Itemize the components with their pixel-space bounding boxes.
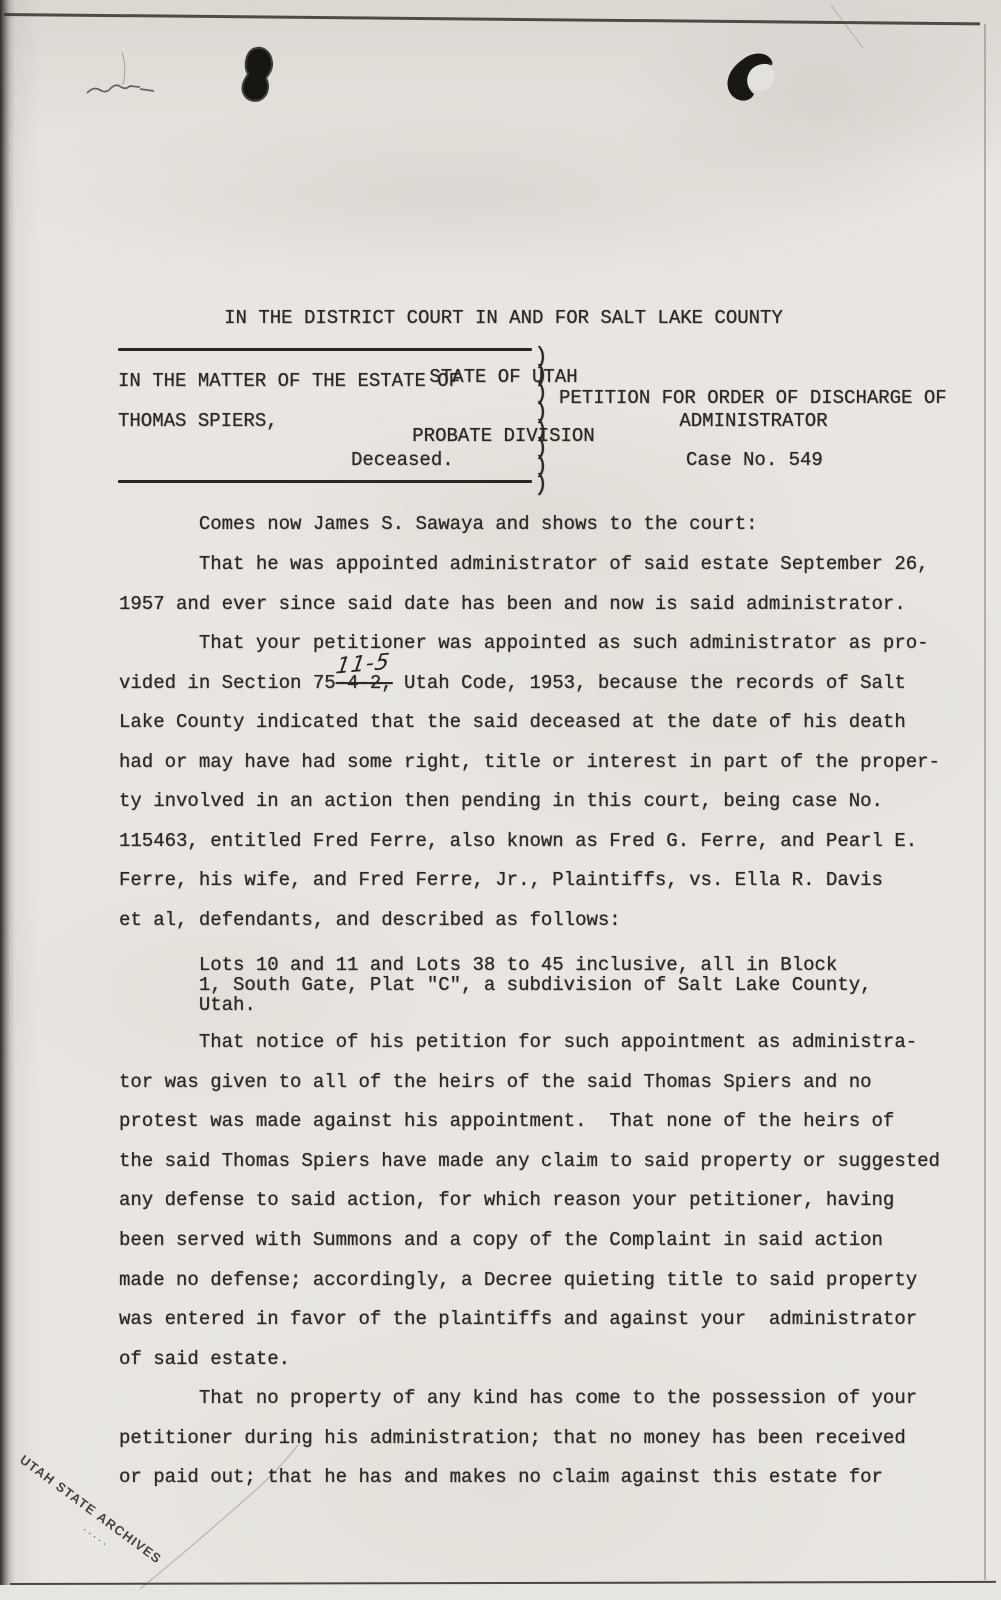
caption-deceased-label: Deceased. [351,450,454,470]
text-line: Ferre, his wife, and Fred Ferre, Jr., Pl… [119,861,940,901]
citation-suffix: Utah Code, 1953, because the records of … [393,672,906,694]
text-line: ty involved in an action then pending in… [119,782,940,822]
caption-top-rule [118,348,532,351]
page-top-edge [4,13,980,25]
text-line: That your petitioner was appointed as su… [119,624,929,664]
text-line: 115463, entitled Fred Ferre, also known … [119,822,940,862]
text-line: That no property of any kind has come to… [119,1379,917,1419]
text-line: et al, defendants, and described as foll… [119,901,940,941]
paragraph-statute-first-line: That your petitioner was appointed as su… [119,624,929,664]
text-line: That notice of his petition for such app… [119,1023,940,1063]
caption-party-line2: THOMAS SPIERS, [118,411,278,431]
property-description-block: Lots 10 and 11 and Lots 38 to 45 inclusi… [119,955,872,1015]
text-line: Lake County indicated that the said dece… [119,703,940,743]
citation-prefix: vided in Section 75 [119,672,336,694]
text-line: tor was given to all of the heirs of the… [119,1063,940,1103]
page-left-edge-shadow [0,0,15,1600]
punch-hole-left [242,48,272,101]
text-line: Comes now James S. Sawaya and shows to t… [119,505,758,545]
scanned-court-document-page: IN THE DISTRICT COURT IN AND FOR SALT LA… [0,0,1001,1600]
petition-title-line1: PETITION FOR ORDER OF DISCHARGE OF [559,388,947,408]
text-line: or paid out; that he has and makes no cl… [119,1458,917,1498]
text-line: had or may have had some right, title or… [119,743,940,783]
text-line: made no defense; accordingly, a Decree q… [119,1261,940,1301]
text-line: That he was appointed administrator of s… [119,545,929,585]
text-line: protest was made against his appointment… [119,1102,940,1142]
paragraph-appointment: That he was appointed administrator of s… [119,545,929,624]
paragraph-notice-and-decree: That notice of his petition for such app… [119,1023,940,1379]
text-line: ) [534,475,548,493]
text-line: 1957 and ever since said date has been a… [119,585,929,625]
petition-title-line2: ADMINISTRATOR [559,411,948,431]
case-number: Case No. 549 [686,450,823,470]
crease-line-top-right [831,5,863,48]
text-line: of said estate. [119,1340,940,1380]
text-line: Utah. [119,995,872,1015]
handwritten-correction: 11-5 [334,649,392,679]
caption-bottom-rule [118,480,532,483]
paragraph-no-property: That no property of any kind has come to… [119,1379,917,1498]
text-line: petitioner during his administration; th… [119,1419,917,1459]
text-line: any defense to said action, for which re… [119,1181,940,1221]
paragraph-statute-rest: Lake County indicated that the said dece… [119,703,940,941]
text-line: was entered in favor of the plaintiffs a… [119,1300,940,1340]
text-line: Lots 10 and 11 and Lots 38 to 45 inclusi… [119,955,872,975]
scanner-background-strip [0,1585,1001,1600]
statute-citation-text: vided in Section 75-4-2, Utah Code, 1953… [119,664,906,704]
text-line: been served with Summons and a copy of t… [119,1221,940,1261]
pencil-scribble [87,52,154,93]
court-name: IN THE DISTRICT COURT IN AND FOR SALT LA… [0,309,1001,329]
page-right-edge [984,24,986,1580]
statute-citation-line: vided in Section 75-4-2, Utah Code, 1953… [119,664,906,704]
caption-party-line1: IN THE MATTER OF THE ESTATE OF [118,371,460,391]
text-line: 1, South Gate, Plat "C", a subdivision o… [119,975,872,995]
text-line: the said Thomas Spiers have made any cla… [119,1142,940,1182]
punch-hole-right [727,53,774,100]
caption-bracket-column: )))))))) [534,348,548,494]
paragraph-appearance: Comes now James S. Sawaya and shows to t… [119,505,758,545]
